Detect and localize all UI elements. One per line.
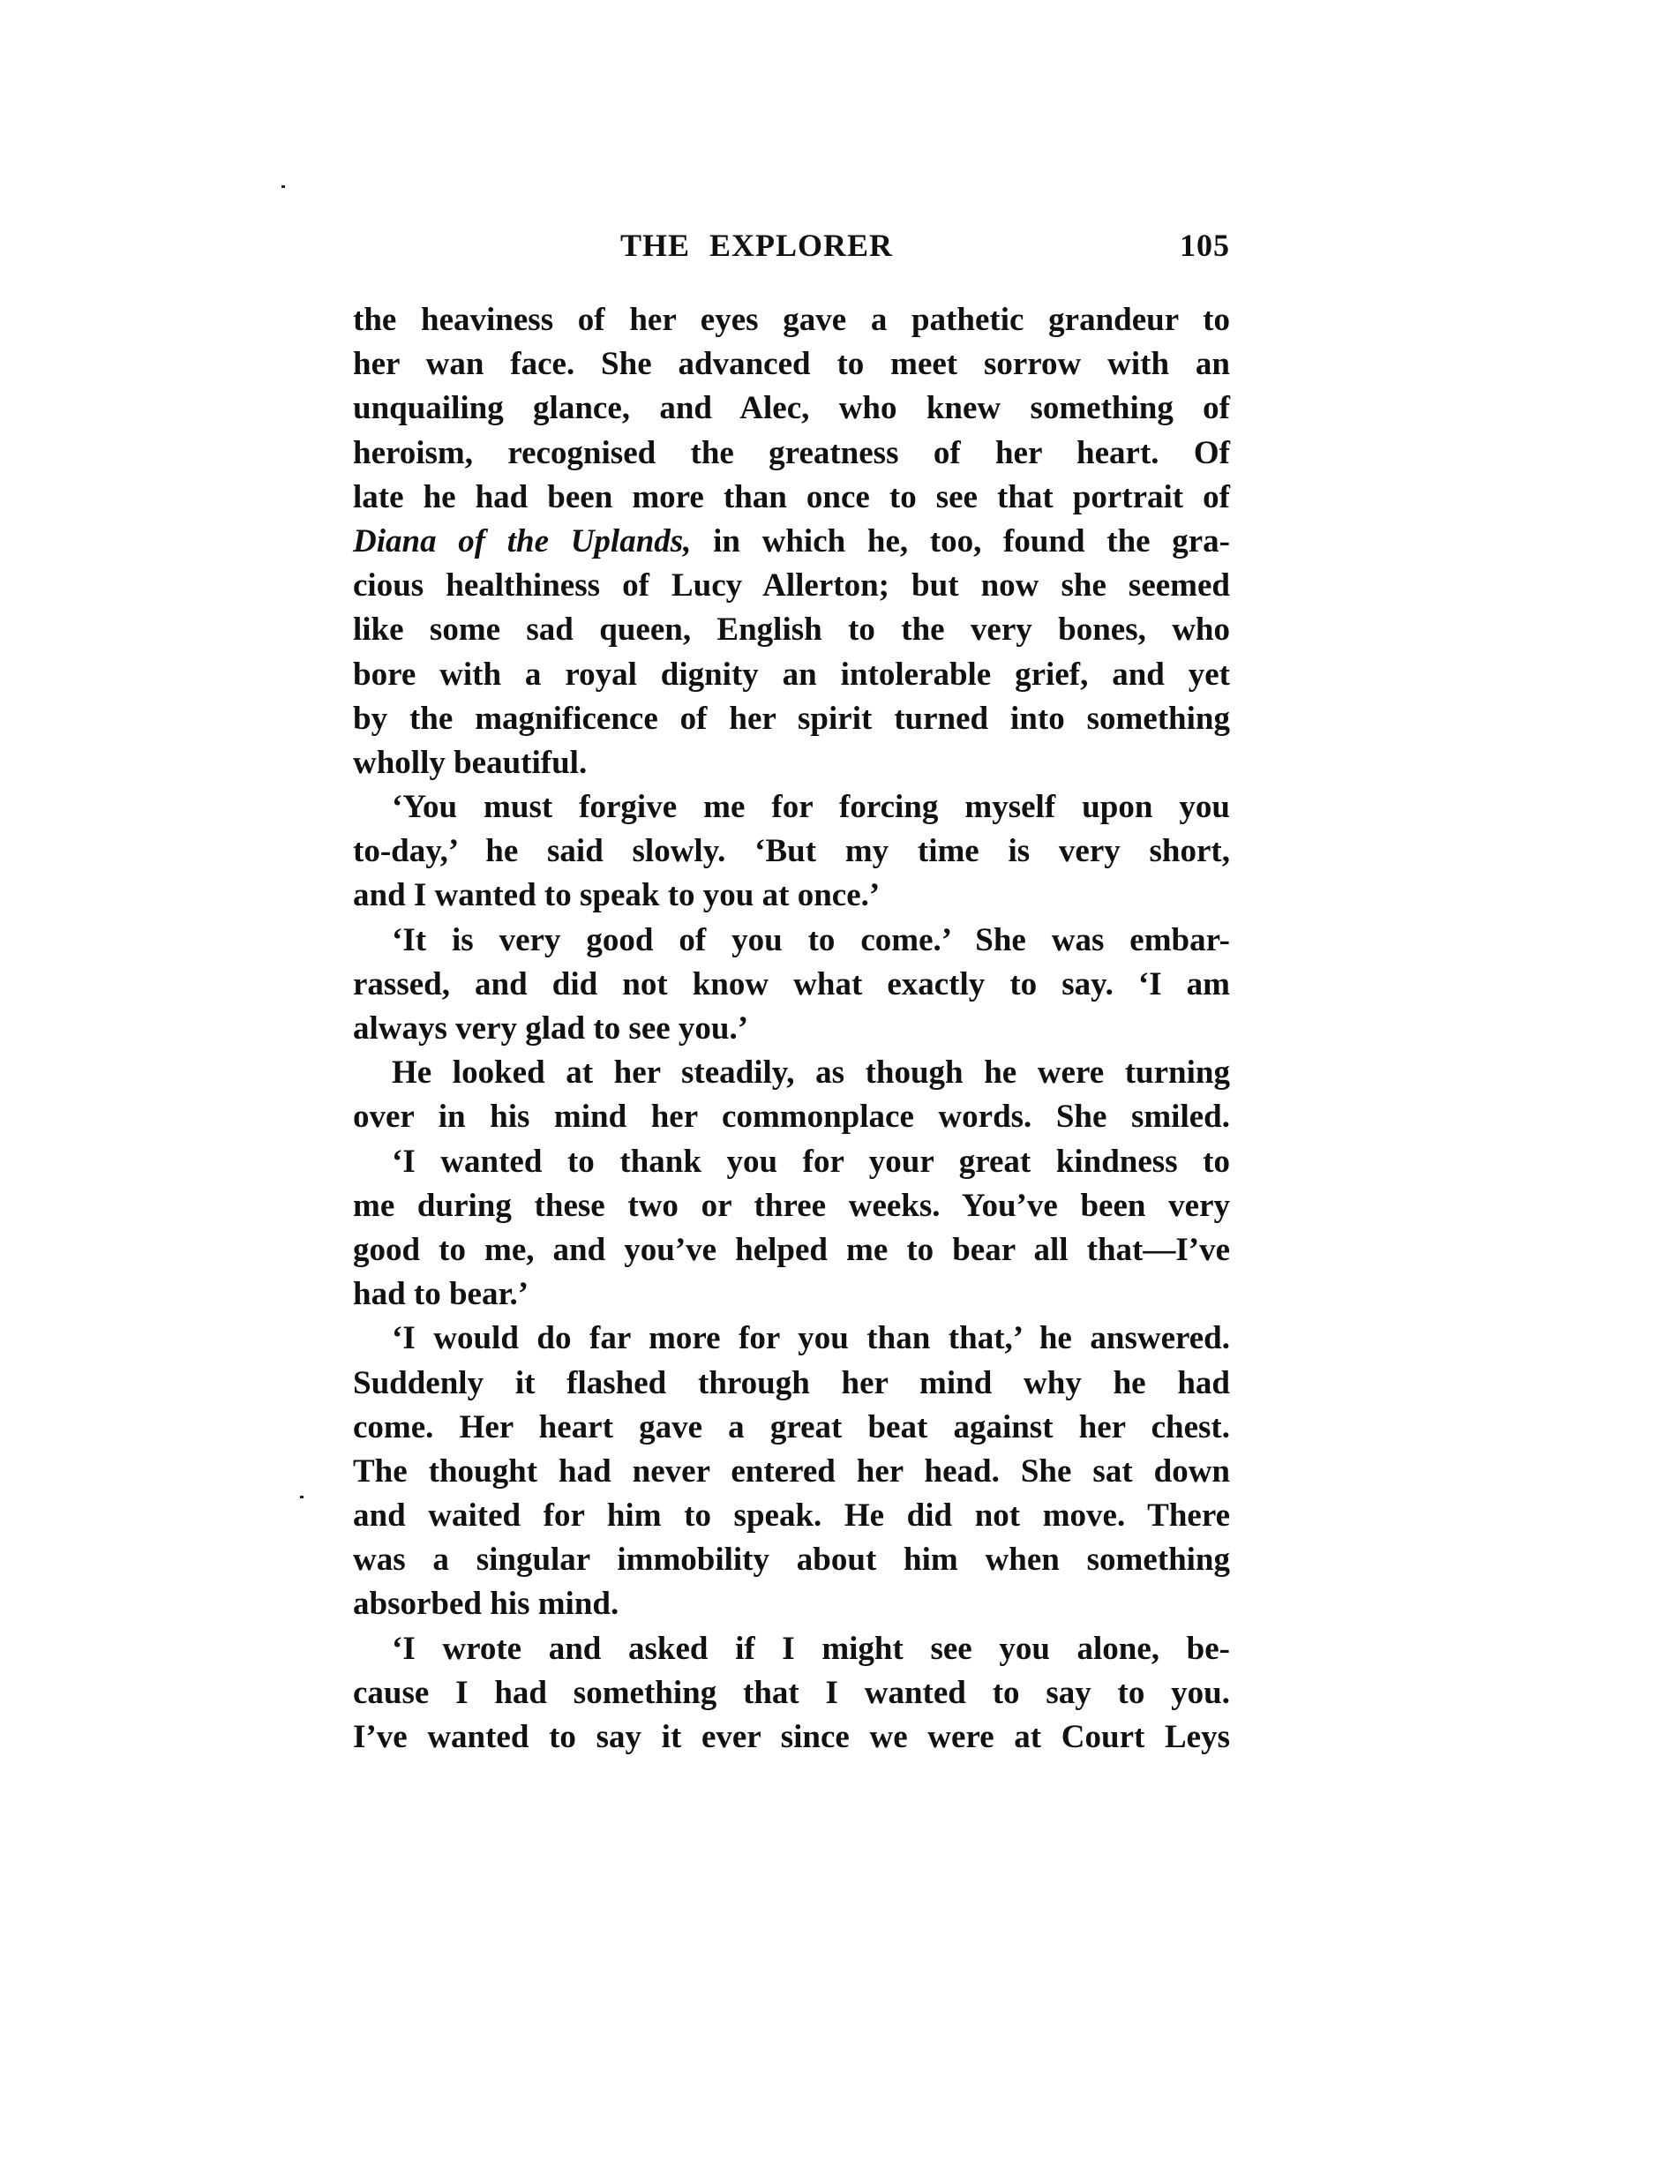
text-line: heroism, recognised the greatness of her… <box>353 432 1230 476</box>
text-line: ‘You must forgive me for forcing myself … <box>353 785 1230 829</box>
text-line: cause I had something that I wanted to s… <box>353 1671 1230 1715</box>
text-line: wholly beautiful. <box>353 741 1230 785</box>
text-line: to-day,’ he said slowly. ‘But my time is… <box>353 829 1230 874</box>
text-line: He looked at her steadily, as though he … <box>353 1051 1230 1095</box>
text-line: I’ve wanted to say it ever since we were… <box>353 1715 1230 1760</box>
text-line: absorbed his mind. <box>353 1582 1230 1626</box>
text-line: Diana of the Uplands, in which he, too, … <box>353 520 1230 564</box>
text-line: over in his mind her commonplace words. … <box>353 1095 1230 1139</box>
text-line: unquailing glance, and Alec, who knew so… <box>353 387 1230 431</box>
book-title-italic: Diana of the Uplands, <box>353 523 691 559</box>
scan-speck <box>281 185 285 188</box>
scan-speck <box>300 1496 304 1498</box>
text-line: always very glad to see you.’ <box>353 1007 1230 1051</box>
text-line: by the magnificence of her spirit turned… <box>353 697 1230 741</box>
text-line: ‘I would do far more for you than that,’… <box>353 1317 1230 1361</box>
text-line: her wan face. She advanced to meet sorro… <box>353 342 1230 387</box>
text-line: bore with a royal dignity an intolerable… <box>353 653 1230 697</box>
text-run: in which he, too, found the gra- <box>691 523 1230 559</box>
text-line: the heaviness of her eyes gave a patheti… <box>353 298 1230 342</box>
text-line: Suddenly it flashed through her mind why… <box>353 1362 1230 1406</box>
text-line: and I wanted to speak to you at once.’ <box>353 874 1230 918</box>
book-page: THE EXPLORER 105 the heaviness of her ey… <box>0 0 1680 2184</box>
page-number: 105 <box>1180 228 1230 263</box>
text-line: ‘I wrote and asked if I might see you al… <box>353 1627 1230 1671</box>
text-line: cious healthiness of Lucy Allerton; but … <box>353 564 1230 608</box>
text-line: was a singular immobility about him when… <box>353 1538 1230 1582</box>
body-text: the heaviness of her eyes gave a patheti… <box>353 298 1230 1760</box>
running-title: THE EXPLORER <box>620 228 893 263</box>
text-line: had to bear.’ <box>353 1272 1230 1317</box>
text-line: late he had been more than once to see t… <box>353 476 1230 520</box>
text-line: and waited for him to speak. He did not … <box>353 1494 1230 1538</box>
running-head: THE EXPLORER 105 <box>353 228 1230 263</box>
text-line: like some sad queen, English to the very… <box>353 608 1230 652</box>
text-line: ‘I wanted to thank you for your great ki… <box>353 1140 1230 1184</box>
text-line: The thought had never entered her head. … <box>353 1450 1230 1494</box>
text-line: rassed, and did not know what exactly to… <box>353 963 1230 1007</box>
text-line: come. Her heart gave a great beat agains… <box>353 1406 1230 1450</box>
text-line: ‘It is very good of you to come.’ She wa… <box>353 919 1230 963</box>
text-line: good to me, and you’ve helped me to bear… <box>353 1228 1230 1272</box>
text-line: me during these two or three weeks. You’… <box>353 1184 1230 1228</box>
